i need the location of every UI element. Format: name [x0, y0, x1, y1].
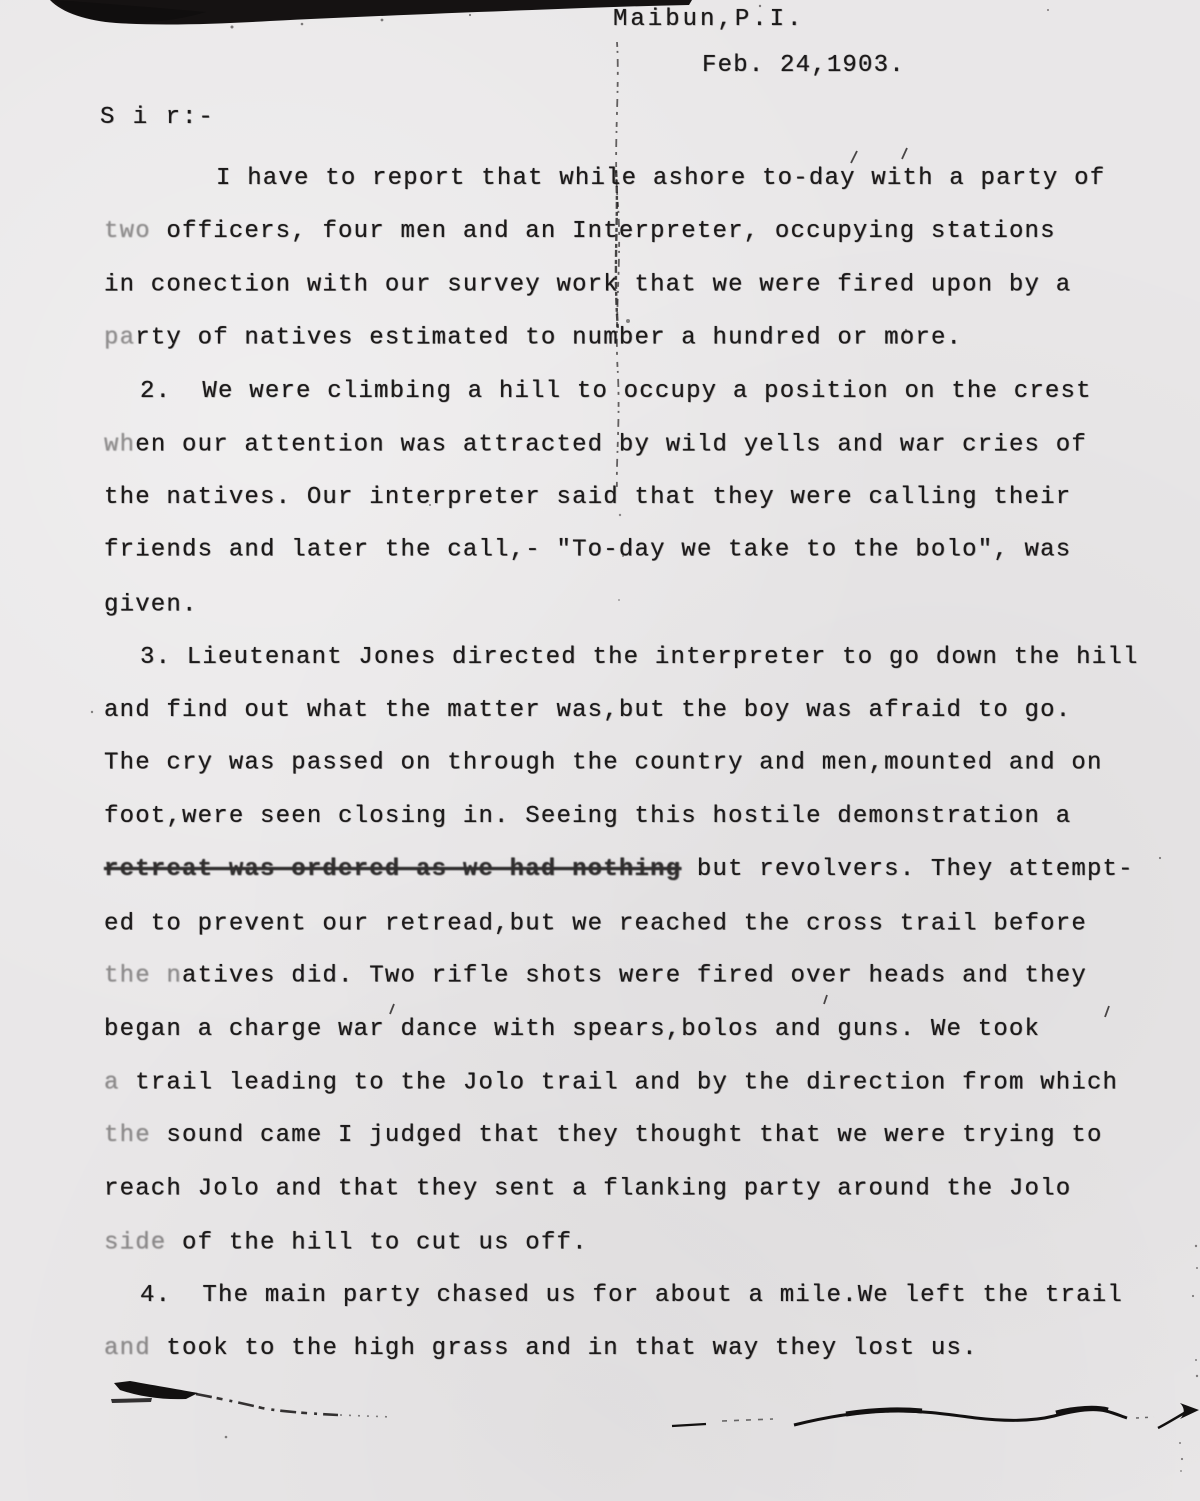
text-segment: and: [104, 1335, 151, 1362]
text-segment: the: [104, 1122, 151, 1149]
text-line: party of natives estimated to number a h…: [0, 311, 1200, 364]
scanned-letter-page: Maibun,P.I. Feb. 24,1903. S i r:- I have…: [0, 0, 1200, 1501]
ink-smudge-top: [50, 0, 692, 24]
ink-streak-bottom-left-fade: [340, 1415, 392, 1417]
text-line: 3. Lieutenant Jones directed the interpr…: [0, 631, 1200, 684]
ink-streak-bottom-left-dash: [111, 1398, 152, 1403]
ink-streak-bottom-right: [672, 1408, 1186, 1428]
text-segment: The cry was passed on through the countr…: [104, 750, 1103, 777]
ink-streak-bottom-left-tail: [196, 1394, 338, 1415]
text-line: 2. We were climbing a hill to occupy a p…: [0, 365, 1200, 418]
text-line: and find out what the matter was,but the…: [0, 684, 1200, 737]
text-segment: in conection with our survey work that w…: [104, 272, 1071, 299]
text-line: retreat was ordered as we had nothing bu…: [0, 843, 1200, 896]
text-line: ed to prevent our retread,but we reached…: [0, 897, 1200, 950]
ink-smudge-top-blob: [54, 0, 206, 23]
document-lines: I have to report that while ashore to-da…: [0, 152, 1200, 1375]
text-segment: wh: [104, 432, 135, 459]
text-segment: atives did. Two rifle shots were fired o…: [182, 962, 1087, 989]
text-segment: foot,were seen closing in. Seeing this h…: [104, 803, 1071, 830]
text-segment: side: [104, 1229, 166, 1256]
text-segment: two: [104, 218, 151, 245]
text-line: foot,were seen closing in. Seeing this h…: [0, 790, 1200, 843]
text-line: the natives. Our interpreter said that t…: [0, 471, 1200, 524]
text-segment: sound came I judged that they thought th…: [151, 1122, 1103, 1149]
text-segment: ed to prevent our retread,but we reached…: [104, 910, 1087, 937]
text-segment: rty of natives estimated to number a hun…: [135, 324, 962, 351]
text-segment: but revolvers. They attempt-: [681, 856, 1133, 883]
text-line: the natives did. Two rifle shots were fi…: [0, 949, 1200, 1002]
text-segment: friends and later the call,- "To-day we …: [104, 537, 1071, 564]
text-segment: a: [104, 1070, 120, 1097]
place-line: Maibun,P.I.: [613, 6, 804, 33]
text-segment: given.: [104, 591, 198, 618]
text-segment: the n: [104, 962, 182, 989]
text-line: reach Jolo and that they sent a flanking…: [0, 1162, 1200, 1215]
text-line: and took to the high grass and in that w…: [0, 1322, 1200, 1375]
text-line: two officers, four men and an Interprete…: [0, 205, 1200, 258]
text-line: 4. The main party chased us for about a …: [0, 1269, 1200, 1322]
text-line: in conection with our survey work that w…: [0, 259, 1200, 312]
text-segment: of the hill to cut us off.: [166, 1229, 587, 1256]
text-segment: took to the high grass and in that way t…: [151, 1335, 978, 1362]
text-line: when our attention was attracted by wild…: [0, 419, 1200, 472]
text-line: The cry was passed on through the countr…: [0, 737, 1200, 790]
text-line: friends and later the call,- "To-day we …: [0, 524, 1200, 577]
date-line: Feb. 24,1903.: [702, 52, 905, 79]
text-segment: pa: [104, 324, 135, 351]
text-segment: 3. Lieutenant Jones directed the interpr…: [140, 644, 1139, 671]
text-segment: and find out what the matter was,but the…: [104, 697, 1071, 724]
text-line: side of the hill to cut us off.: [0, 1216, 1200, 1269]
ink-streak-arrowhead: [1180, 1403, 1199, 1419]
text-line: I have to report that while ashore to-da…: [0, 152, 1200, 205]
text-line: began a charge war dance with spears,bol…: [0, 1003, 1200, 1056]
text-segment: retreat was ordered as we had nothing: [104, 856, 681, 883]
text-line: given.: [0, 578, 1200, 631]
text-segment: I have to report that while ashore to-da…: [216, 165, 1105, 192]
text-segment: the natives. Our interpreter said that t…: [104, 484, 1071, 511]
text-segment: en our attention was attracted by wild y…: [135, 432, 1087, 459]
text-line: the sound came I judged that they though…: [0, 1109, 1200, 1162]
text-segment: officers, four men and an Interpreter, o…: [151, 218, 1056, 245]
text-segment: began a charge war dance with spears,bol…: [104, 1016, 1040, 1043]
text-segment: 4. The main party chased us for about a …: [140, 1282, 1123, 1309]
text-segment: 2. We were climbing a hill to occupy a p…: [140, 378, 1092, 405]
text-line: a trail leading to the Jolo trail and by…: [0, 1057, 1200, 1110]
ink-streak-bottom-left-blob: [114, 1381, 198, 1399]
text-segment: reach Jolo and that they sent a flanking…: [104, 1175, 1071, 1202]
text-segment: trail leading to the Jolo trail and by t…: [120, 1070, 1119, 1097]
salutation: S i r:-: [100, 104, 215, 131]
